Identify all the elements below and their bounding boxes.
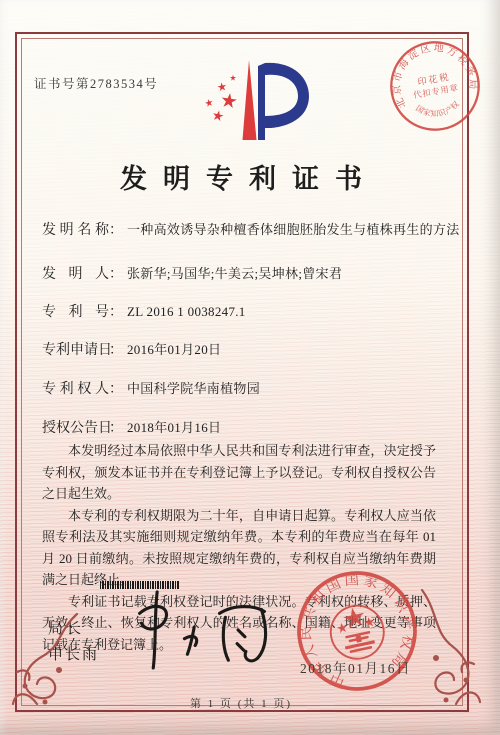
field-colon: ： (109, 223, 123, 238)
logo-spire (243, 60, 257, 140)
field-label: 授权公告日 (42, 417, 109, 437)
stamp-tax-seal: 北京市海淀区地方税务局 国家知识产权局 印花税 代扣专用章 (382, 33, 489, 140)
field-label: 专利申请日 (42, 339, 109, 359)
field-value: 一种高效诱导杂种檀香体细胞胚胎发生与植株再生的方法 (127, 222, 460, 237)
logo-bar (258, 63, 265, 140)
corner-flourish-right-icon (416, 588, 486, 710)
svg-text:北京市海淀区地方税务局: 北京市海淀区地方税务局 (383, 34, 483, 111)
tax-seal-center-line1: 印花税 (417, 71, 452, 88)
corner-flourish-left-icon (7, 612, 83, 712)
star-icon (204, 98, 213, 107)
field-colon: ： (109, 267, 123, 282)
field-row-filing-date: 专利申请日： 2016年01月20日 (42, 339, 460, 359)
patent-certificate-page: 证书号第2783534号 北京市海淀区地方税务局 国家知识产权局 印花税 代扣专… (0, 0, 500, 735)
field-row-patent-number: 专利号： ZL 2016 1 0038247.1 (42, 301, 460, 321)
star-icon (230, 75, 236, 81)
field-value: 中国科学院华南植物园 (127, 381, 260, 396)
field-value: 张新华;马国华;牛美云;吴坤林;曾宋君 (127, 266, 342, 281)
field-label: 发明人 (42, 263, 109, 283)
field-row-patentee: 专利权人： 中国科学院华南植物园 (42, 378, 460, 398)
star-icon (221, 92, 238, 108)
field-label: 专利权人 (42, 378, 109, 398)
tax-seal-ring-top-text: 北京市海淀区地方税务局 (383, 34, 483, 111)
star-icon (217, 82, 227, 92)
office-seal: 中华人民共和国国家知识产权局 (282, 556, 431, 705)
field-label: 专利号 (42, 301, 109, 321)
field-colon: ： (109, 382, 123, 397)
certificate-number: 证书号第2783534号 (34, 74, 158, 92)
star-icon (212, 109, 225, 121)
field-row-invention-name: 发明名称： 一种高效诱导杂种檀香体细胞胚胎发生与植株再生的方法 (42, 219, 460, 239)
field-colon: ： (109, 421, 123, 436)
field-row-inventors: 发明人： 张新华;马国华;牛美云;吴坤林;曾宋君 (42, 263, 460, 283)
director-signature (124, 584, 280, 672)
field-colon: ： (109, 343, 123, 358)
field-value: ZL 2016 1 0038247.1 (127, 304, 246, 319)
body-paragraph: 本发明经过本局依照中华人民共和国专利法进行审查，决定授予专利权，颁发本证书并在专… (42, 440, 436, 505)
field-value: 2018年01月16日 (127, 420, 221, 435)
field-row-grant-date: 授权公告日： 2018年01月16日 (42, 417, 460, 437)
field-label: 发明名称 (42, 219, 109, 239)
issue-date: 2018年01月16日 (300, 657, 411, 677)
logo-bowl (265, 63, 309, 128)
cnipa-logo-icon (193, 54, 321, 144)
field-value: 2016年01月20日 (127, 342, 221, 357)
national-emblem-icon (326, 601, 389, 664)
certificate-title: 发明专利证书 (15, 157, 467, 196)
field-colon: ： (109, 305, 123, 320)
